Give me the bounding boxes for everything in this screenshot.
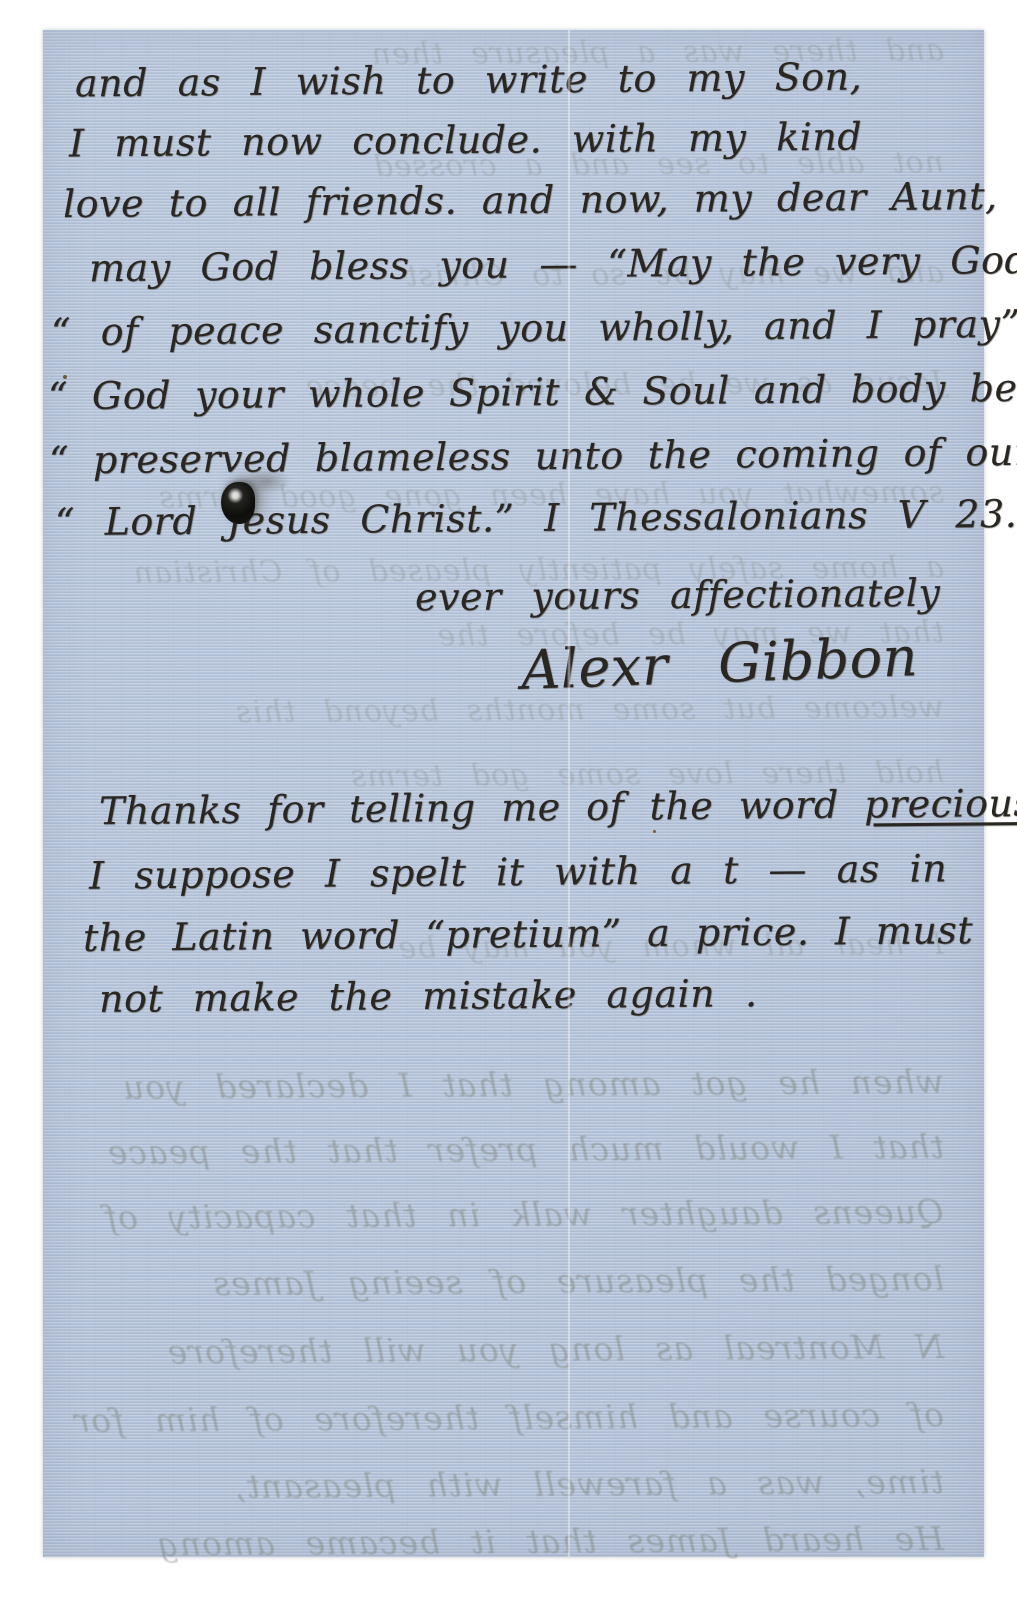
bleedthrough-line: N Montreal as long you will therefore xyxy=(43,1327,984,1373)
bleedthrough-line: of course and himself therefore of him f… xyxy=(43,1395,984,1441)
postscript-line: the Latin word “pretium” a price. I must xyxy=(83,908,973,960)
letter-line: may God bless you — “May the very God” xyxy=(89,238,1017,290)
signature: Alexr Gibbon xyxy=(520,625,919,702)
letter-line: “ God your whole Spirit & Soul and body … xyxy=(48,366,1017,419)
ink-blot xyxy=(221,482,255,524)
bleedthrough-line: Queens daughter walk in that capacity of xyxy=(43,1192,984,1238)
bleedthrough-line: longed the pleasure of seeing James xyxy=(43,1259,984,1305)
postscript-line: I suppose I spelt it with a t — as in xyxy=(89,846,947,897)
letter-line: “ preserved blameless unto the coming of… xyxy=(49,430,1017,483)
fold-crease xyxy=(567,30,571,1557)
scan-background: and there was a pleasure then not able t… xyxy=(0,0,1017,1600)
paper-sheet: and there was a pleasure then not able t… xyxy=(43,30,984,1557)
letter-line: I must now conclude. with my kind xyxy=(69,115,862,166)
postscript-line: Thanks for telling me of the word precio… xyxy=(99,781,1017,833)
letter-line: and as I wish to write to my Son, xyxy=(75,55,862,106)
letter-line: love to all friends. and now, my dear Au… xyxy=(63,174,998,226)
bleedthrough-line: welcome but some months beyond this xyxy=(43,690,984,732)
bleedthrough-line: when he got among that I declared you xyxy=(43,1062,984,1108)
paper-speck xyxy=(63,375,67,379)
postscript-text: Thanks for telling me of the word xyxy=(99,782,865,833)
postscript-emphasized-word: precious. xyxy=(864,781,1017,827)
bleedthrough-line: He heard James that it became among xyxy=(43,1519,984,1565)
letter-line: “ Lord Jesus Christ.” I Thessalonians V … xyxy=(55,492,1017,544)
postscript-line: not make the mistake again . xyxy=(99,971,758,1021)
closing-line: ever yours affectionately xyxy=(415,571,941,620)
bleedthrough-line: that I would much prefer that the peace xyxy=(43,1127,984,1173)
paper-speck xyxy=(653,830,656,833)
bleedthrough-line: time, was a farewell with pleasant, xyxy=(43,1462,984,1508)
letter-line: “ of peace sanctify you wholly, and I pr… xyxy=(51,302,1017,354)
